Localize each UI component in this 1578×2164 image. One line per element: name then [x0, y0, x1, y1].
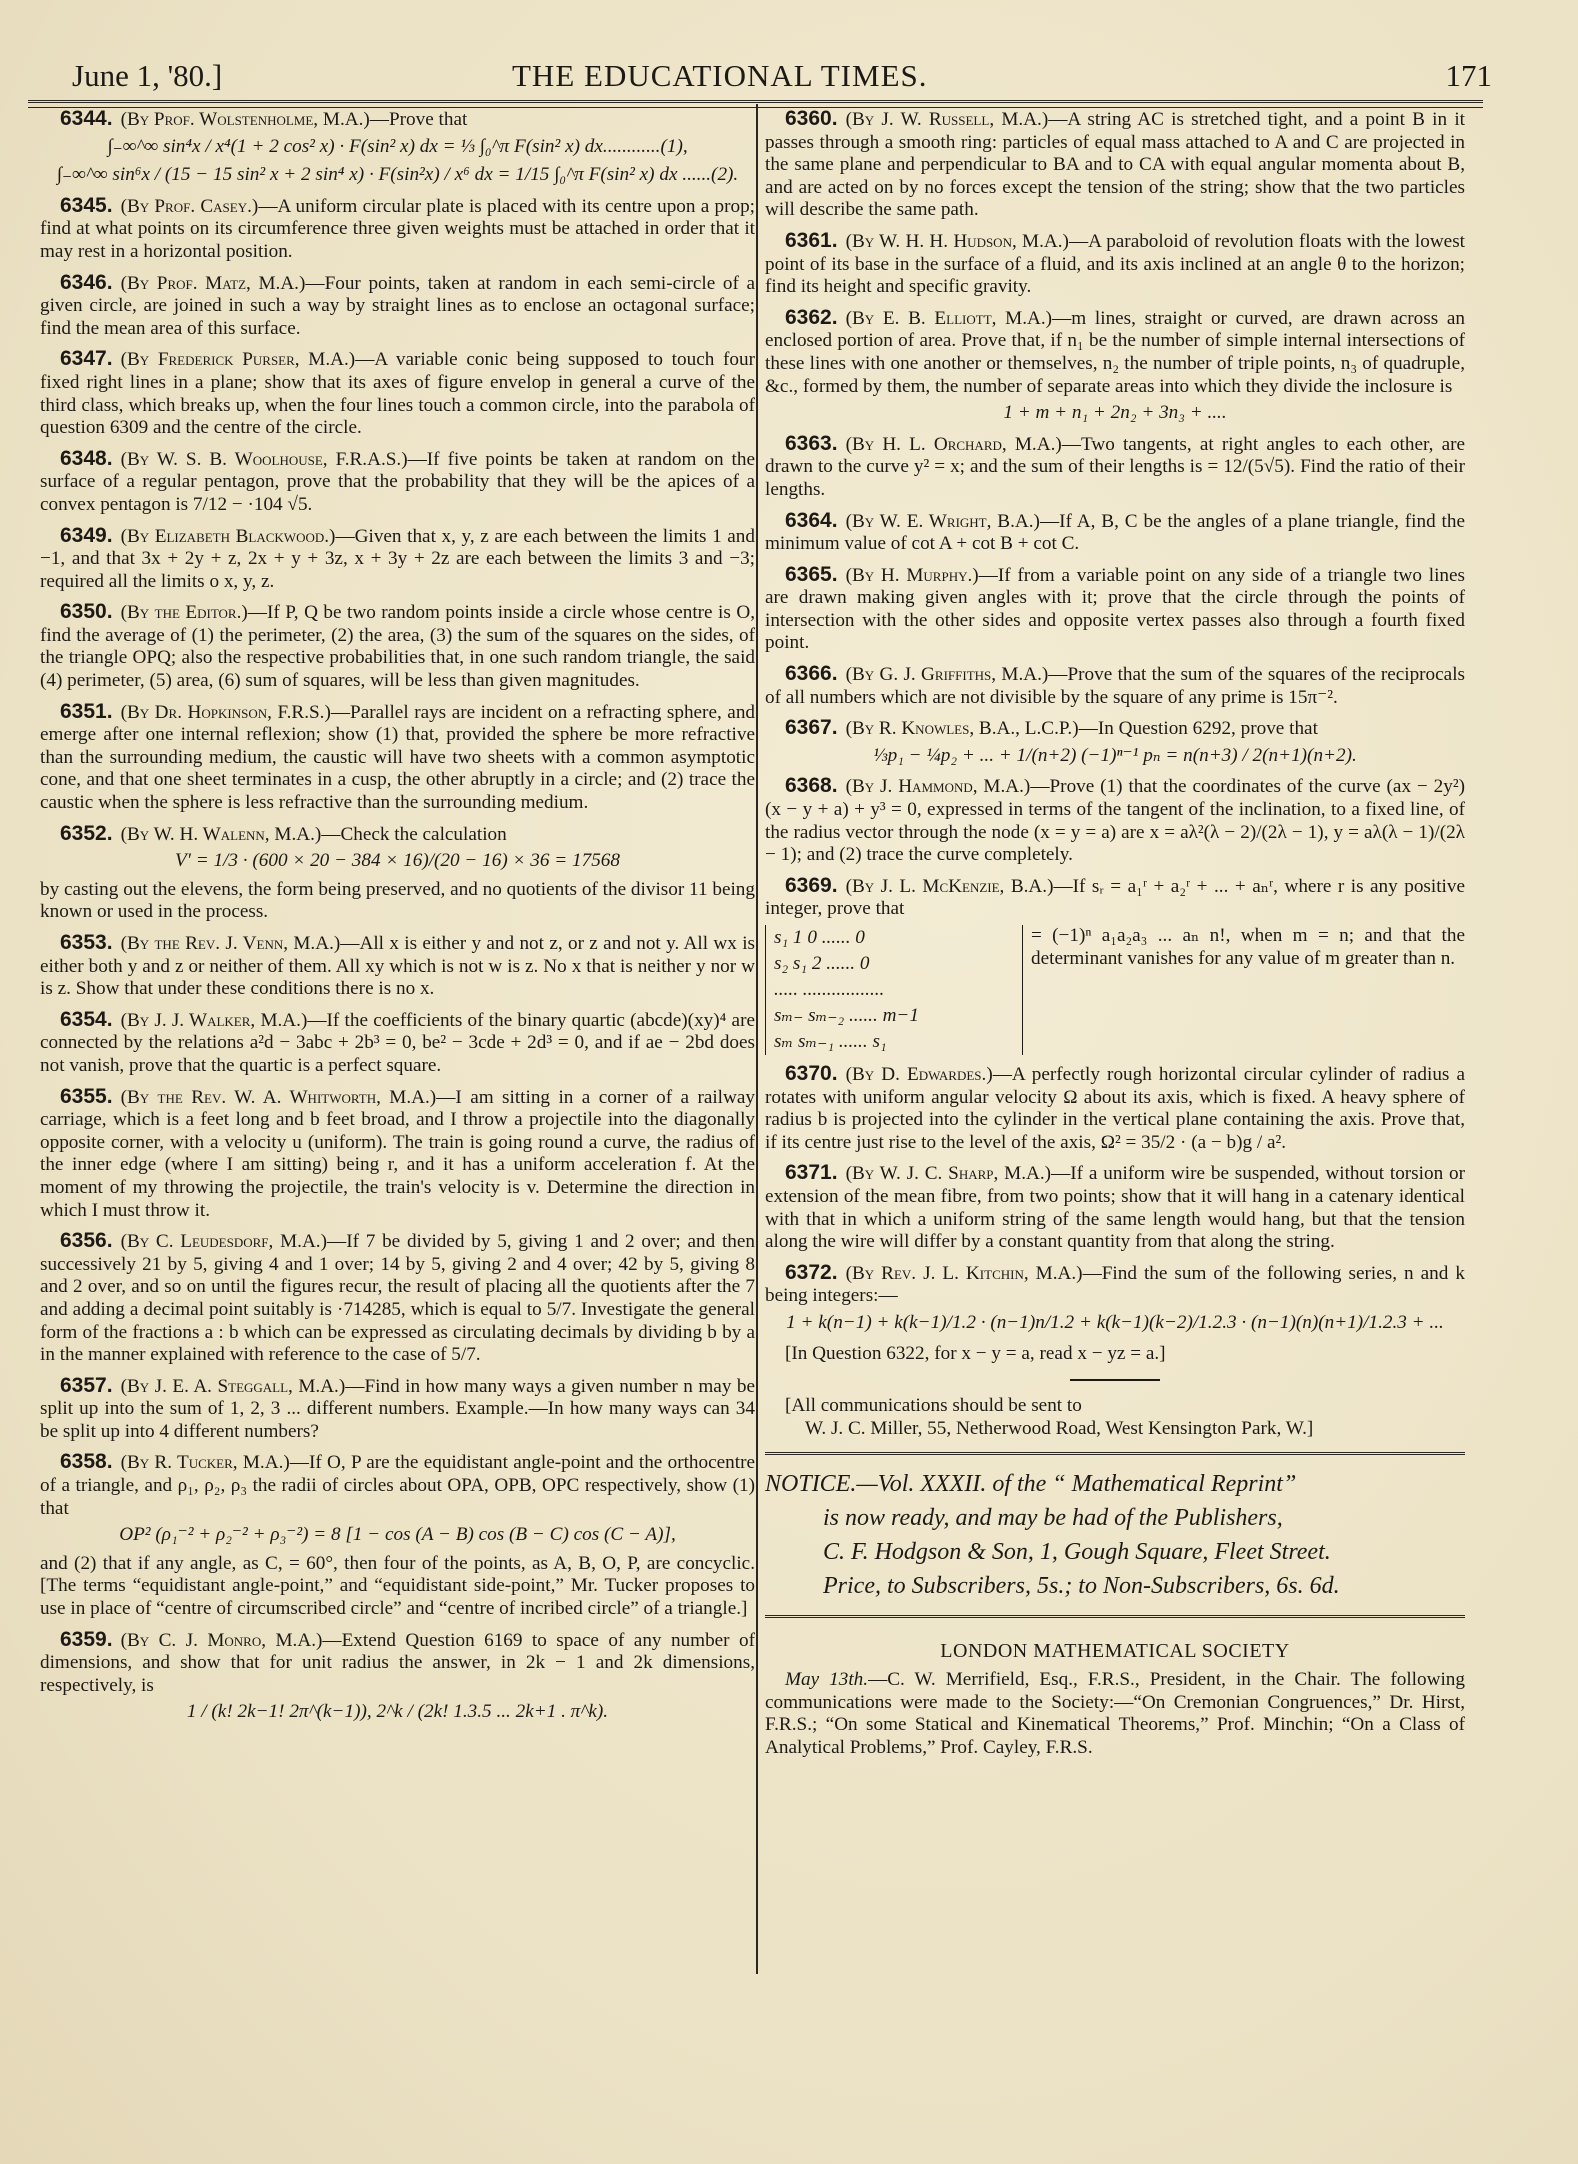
- question-6361: 6361.(By W. H. H. Hudson, M.A.)—A parabo…: [765, 230, 1465, 299]
- question-author: (By the Editor.): [121, 602, 248, 623]
- question-number: 6349.: [60, 524, 113, 547]
- society-heading: LONDON MATHEMATICAL SOCIETY: [765, 1640, 1465, 1663]
- question-author: (By W. H. Walenn, M.A.): [121, 824, 322, 845]
- determinant: s₁ 1 0 ...... 0s₂ s₁ 2 ...... 0..... ...…: [765, 925, 1465, 1055]
- question-number: 6352.: [60, 822, 113, 845]
- question-number: 6366.: [785, 662, 838, 685]
- question-author: (By J. E. A. Steggall, M.A.): [121, 1376, 346, 1397]
- question-number: 6359.: [60, 1628, 113, 1651]
- question-number: 6364.: [785, 509, 838, 532]
- question-author: (By W. J. C. Sharp, M.A.): [846, 1163, 1052, 1184]
- column-divider: [756, 104, 758, 1974]
- question-6349: 6349.(By Elizabeth Blackwood.)—Given tha…: [40, 525, 755, 594]
- question-6362: 6362.(By E. B. Elliott, M.A.)—m lines, s…: [765, 307, 1465, 425]
- society-text: —C. W. Merrifield, Esq., F.R.S., Preside…: [765, 1669, 1465, 1758]
- question-number: 6362.: [785, 306, 838, 329]
- question-6356: 6356.(By C. Leudesdorf, M.A.)—If 7 be di…: [40, 1230, 755, 1367]
- question-6372: 6372.(By Rev. J. L. Kitchin, M.A.)—Find …: [765, 1262, 1465, 1335]
- question-author: (By J. Hammond, M.A.): [846, 776, 1031, 797]
- determinant-row: sₘ sₘ₋₁ ...... s₁: [774, 1029, 1014, 1055]
- question-number: 6348.: [60, 447, 113, 470]
- question-number: 6371.: [785, 1161, 838, 1184]
- question-number: 6363.: [785, 432, 838, 455]
- math-formula: OP² (ρ₁⁻² + ρ₂⁻² + ρ₃⁻²) = 8 [1 − cos (A…: [40, 1524, 755, 1547]
- math-formula: 1 + m + n₁ + 2n₂ + 3n₃ + ....: [765, 402, 1465, 425]
- question-6348: 6348.(By W. S. B. Woolhouse, F.R.A.S.)—I…: [40, 448, 755, 517]
- determinant-matrix: s₁ 1 0 ...... 0s₂ s₁ 2 ...... 0..... ...…: [765, 925, 1023, 1055]
- question-6354: 6354.(By J. J. Walker, M.A.)—If the coef…: [40, 1009, 755, 1078]
- determinant-row: ..... .................: [774, 977, 1014, 1003]
- question-6366: 6366.(By G. J. Griffiths, M.A.)—Prove th…: [765, 663, 1465, 709]
- question-author: (By J. W. Russell, M.A.): [846, 109, 1049, 130]
- society-date: May 13th.: [785, 1669, 868, 1690]
- question-6364: 6364.(By W. E. Wright, B.A.)—If A, B, C …: [765, 510, 1465, 556]
- question-continuation: and (2) that if any angle, as C, = 60°, …: [40, 1553, 755, 1621]
- notice-top-rule: [765, 1452, 1465, 1455]
- question-number: 6344.: [60, 107, 113, 130]
- question-author: (By C. Leudesdorf, M.A.): [121, 1231, 327, 1252]
- question-author: (By W. S. B. Woolhouse, F.R.A.S.): [121, 449, 408, 470]
- society-report: May 13th.—C. W. Merrifield, Esq., F.R.S.…: [765, 1669, 1465, 1759]
- question-number: 6355.: [60, 1085, 113, 1108]
- question-author: (By W. E. Wright, B.A.): [846, 511, 1040, 532]
- question-6369: 6369.(By J. L. McKenzie, B.A.)—If sᵣ = a…: [765, 875, 1465, 1055]
- question-number: 6372.: [785, 1261, 838, 1284]
- question-number: 6360.: [785, 107, 838, 130]
- question-author: (By the Rev. W. A. Whitworth, M.A.): [121, 1087, 437, 1108]
- correction-note: [In Question 6322, for x − y = a, read x…: [785, 1343, 1465, 1366]
- question-6344: 6344.(By Prof. Wolstenholme, M.A.)—Prove…: [40, 108, 755, 187]
- question-author: (By D. Edwardes.): [846, 1064, 993, 1085]
- question-author: (By Rev. J. L. Kitchin, M.A.): [846, 1263, 1083, 1284]
- question-6360: 6360.(By J. W. Russell, M.A.)—A string A…: [765, 108, 1465, 222]
- determinant-row: s₁ 1 0 ...... 0: [774, 925, 1014, 951]
- question-author: (By Elizabeth Blackwood.): [121, 526, 336, 547]
- question-author: (By H. Murphy.): [846, 565, 979, 586]
- question-author: (By J. J. Walker, M.A.): [121, 1010, 308, 1031]
- question-author: (By Dr. Hopkinson, F.R.S.): [121, 702, 331, 723]
- question-6347: 6347.(By Frederick Purser, M.A.)—A varia…: [40, 348, 755, 439]
- notice-line-2: is now ready, and may be had of the Publ…: [765, 1501, 1465, 1535]
- question-author: (By G. J. Griffiths, M.A.): [846, 664, 1049, 685]
- question-author: (By Frederick Purser, M.A.): [121, 349, 356, 370]
- question-6353: 6353.(By the Rev. J. Venn, M.A.)—All x i…: [40, 932, 755, 1001]
- question-6359: 6359.(By C. J. Monro, M.A.)—Extend Quest…: [40, 1629, 755, 1724]
- question-number: 6358.: [60, 1450, 113, 1473]
- question-number: 6365.: [785, 563, 838, 586]
- question-author: (By the Rev. J. Venn, M.A.): [121, 933, 341, 954]
- math-formula: 1 + k(n−1) + k(k−1)/1.2 · (n−1)n/1.2 + k…: [765, 1312, 1465, 1335]
- question-author: (By C. J. Monro, M.A.): [121, 1630, 323, 1651]
- question-6350: 6350.(By the Editor.)—If P, Q be two ran…: [40, 601, 755, 692]
- notice-line-1: NOTICE.—Vol. XXXII. of the “ Mathematica…: [765, 1467, 1465, 1501]
- question-number: 6354.: [60, 1008, 113, 1031]
- math-formula: V′ = 1/3 · (600 × 20 − 384 × 16)/(20 − 1…: [40, 850, 755, 873]
- question-6345: 6345.(By Prof. Casey.)—A uniform circula…: [40, 195, 755, 264]
- question-number: 6369.: [785, 874, 838, 897]
- issue-date: June 1, '80.]: [72, 58, 222, 94]
- question-6351: 6351.(By Dr. Hopkinson, F.R.S.)—Parallel…: [40, 701, 755, 815]
- question-author: (By R. Knowles, B.A., L.C.P.): [846, 718, 1079, 739]
- notice-bottom-rule: [765, 1615, 1465, 1618]
- question-number: 6367.: [785, 716, 838, 739]
- math-formula: 1 / (k! 2k−1! 2π^(k−1)), 2^k / (2k! 1.3.…: [40, 1701, 755, 1724]
- notice-line-3: C. F. Hodgson & Son, 1, Gough Square, Fl…: [765, 1535, 1465, 1569]
- question-6365: 6365.(By H. Murphy.)—If from a variable …: [765, 564, 1465, 655]
- question-number: 6361.: [785, 229, 838, 252]
- left-column: 6344.(By Prof. Wolstenholme, M.A.)—Prove…: [40, 108, 755, 1732]
- question-6363: 6363.(By H. L. Orchard, M.A.)—Two tangen…: [765, 433, 1465, 502]
- question-author: (By Prof. Wolstenholme, M.A.): [121, 109, 370, 130]
- question-number: 6350.: [60, 600, 113, 623]
- question-number: 6347.: [60, 347, 113, 370]
- question-author: (By W. H. H. Hudson, M.A.): [846, 231, 1069, 252]
- question-6355: 6355.(By the Rev. W. A. Whitworth, M.A.)…: [40, 1086, 755, 1223]
- communications-line-1: [All communications should be sent to: [785, 1395, 1465, 1418]
- right-questions: 6360.(By J. W. Russell, M.A.)—A string A…: [765, 108, 1465, 1335]
- notice-block: NOTICE.—Vol. XXXII. of the “ Mathematica…: [765, 1467, 1465, 1603]
- short-rule: [1070, 1379, 1160, 1381]
- question-continuation: by casting out the elevens, the form bei…: [40, 879, 755, 924]
- question-number: 6357.: [60, 1374, 113, 1397]
- math-formula: ⅓p₁ − ¼p₂ + ... + 1/(n+2) (−1)ⁿ⁻¹ pₙ = n…: [765, 745, 1465, 768]
- question-6371: 6371.(By W. J. C. Sharp, M.A.)—If a unif…: [765, 1162, 1465, 1253]
- communications-address: W. J. C. Miller, 55, Netherwood Road, We…: [785, 1418, 1465, 1441]
- determinant-result: = (−1)ⁿ a₁a₂a₃ ... aₙ n!, when m = n; an…: [1023, 925, 1465, 1055]
- page-number: 171: [1446, 58, 1493, 94]
- question-6370: 6370.(By D. Edwardes.)—A perfectly rough…: [765, 1063, 1465, 1154]
- question-text: —In Question 6292, prove that: [1079, 718, 1318, 739]
- question-number: 6346.: [60, 271, 113, 294]
- page-header: June 1, '80.] THE EDUCATIONAL TIMES. 171: [72, 58, 1492, 98]
- question-6358: 6358.(By R. Tucker, M.A.)—If O, P are th…: [40, 1451, 755, 1620]
- question-6352: 6352.(By W. H. Walenn, M.A.)—Check the c…: [40, 823, 755, 924]
- question-number: 6351.: [60, 700, 113, 723]
- determinant-row: sₘ₋ sₘ₋₂ ...... m−1: [774, 1003, 1014, 1029]
- question-author: (By H. L. Orchard, M.A.): [846, 434, 1062, 455]
- question-text: —Prove that: [370, 109, 468, 130]
- notice-line-4: Price, to Subscribers, 5s.; to Non-Subsc…: [765, 1569, 1465, 1603]
- question-number: 6356.: [60, 1229, 113, 1252]
- determinant-row: s₂ s₁ 2 ...... 0: [774, 951, 1014, 977]
- math-formula: ∫₋∞^∞ sin⁴x / x⁴(1 + 2 cos² x) · F(sin² …: [40, 136, 755, 159]
- question-author: (By Prof. Casey.): [121, 196, 259, 217]
- question-6367: 6367.(By R. Knowles, B.A., L.C.P.)—In Qu…: [765, 717, 1465, 767]
- journal-title: THE EDUCATIONAL TIMES.: [512, 58, 928, 94]
- communications-note: [All communications should be sent to W.…: [785, 1395, 1465, 1440]
- question-6346: 6346.(By Prof. Matz, M.A.)—Four points, …: [40, 272, 755, 341]
- question-author: (By E. B. Elliott, M.A.): [846, 308, 1053, 329]
- question-number: 6345.: [60, 194, 113, 217]
- question-number: 6353.: [60, 931, 113, 954]
- question-author: (By R. Tucker, M.A.): [121, 1452, 290, 1473]
- question-text: —Check the calculation: [321, 824, 506, 845]
- math-formula: ∫₋∞^∞ sin⁶x / (15 − 15 sin² x + 2 sin⁴ x…: [40, 164, 755, 187]
- question-author: (By J. L. McKenzie, B.A.): [846, 876, 1054, 897]
- right-column: 6360.(By J. W. Russell, M.A.)—A string A…: [765, 108, 1465, 1767]
- question-number: 6368.: [785, 774, 838, 797]
- question-6357: 6357.(By J. E. A. Steggall, M.A.)—Find i…: [40, 1375, 755, 1444]
- question-number: 6370.: [785, 1062, 838, 1085]
- question-6368: 6368.(By J. Hammond, M.A.)—Prove (1) tha…: [765, 775, 1465, 866]
- question-author: (By Prof. Matz, M.A.): [121, 273, 306, 294]
